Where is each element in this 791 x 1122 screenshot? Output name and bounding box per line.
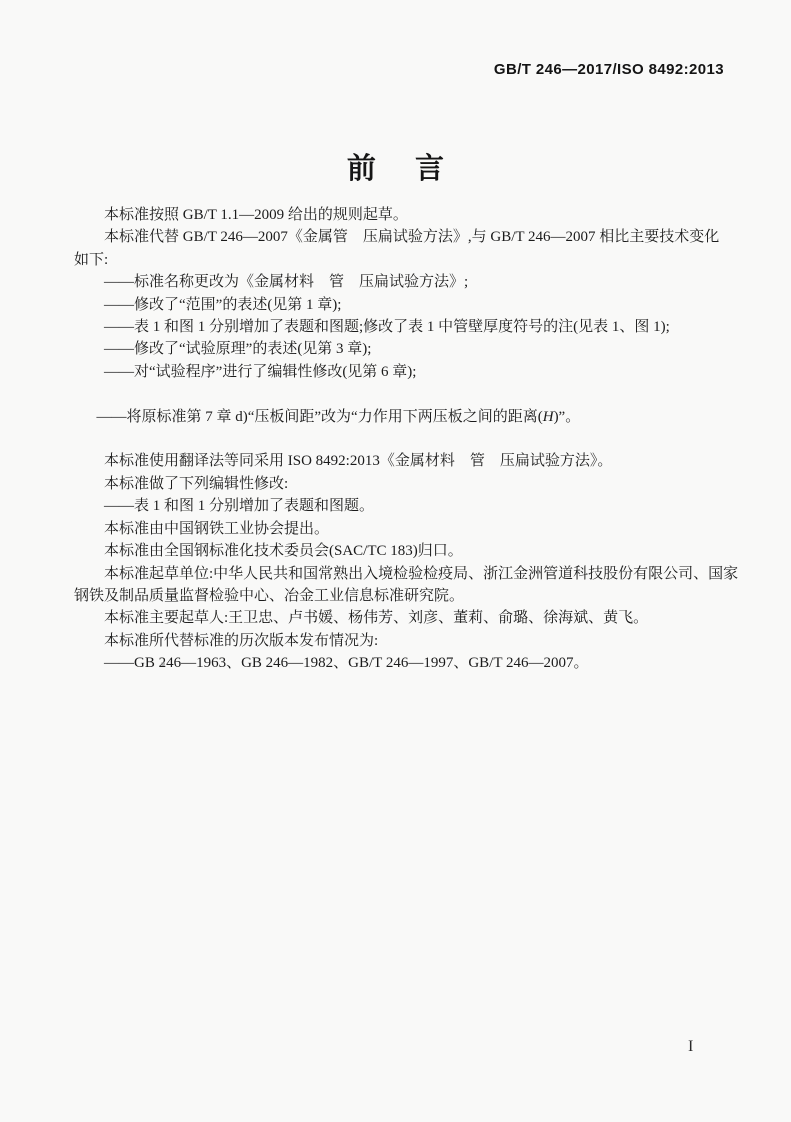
paragraph: 本标准所代替标准的历次版本发布情况为: bbox=[74, 630, 746, 652]
paragraph: ——将原标准第 7 章 d)“压板间距”改为“力作用下两压板之间的距离(H)”。 bbox=[74, 383, 746, 450]
paragraph: ——表 1 和图 1 分别增加了表题和图题。 bbox=[74, 495, 746, 517]
standard-code: GB/T 246—2017/ISO 8492:2013 bbox=[494, 61, 724, 78]
paragraph: 本标准由中国钢铁工业协会提出。 bbox=[74, 518, 746, 540]
paragraph: ——标准名称更改为《金属材料 管 压扁试验方法》; bbox=[74, 271, 746, 293]
paragraph: 本标准由全国钢标准化技术委员会(SAC/TC 183)归口。 bbox=[74, 540, 746, 562]
document-page: GB/T 246—2017/ISO 8492:2013 前言 本标准按照 GB/… bbox=[0, 0, 791, 1122]
scan-speck bbox=[161, 662, 165, 666]
variable-h: H bbox=[543, 409, 554, 425]
paragraph: 本标准使用翻译法等同采用 ISO 8492:2013《金属材料 管 压扁试验方法… bbox=[74, 450, 746, 472]
paragraph: ——修改了“试验原理”的表述(见第 3 章); bbox=[74, 338, 746, 360]
paragraph-text-segment: ——将原标准第 7 章 d)“压板间距”改为“力作用下两压板之间的距离( bbox=[97, 409, 543, 425]
page-number: I bbox=[688, 1038, 693, 1056]
paragraph: 本标准按照 GB/T 1.1—2009 给出的规则起草。 bbox=[74, 204, 746, 226]
paragraph: ——对“试验程序”进行了编辑性修改(见第 6 章); bbox=[74, 361, 746, 383]
page-title: 前言 bbox=[0, 146, 791, 187]
paragraph: 本标准主要起草人:王卫忠、卢书媛、杨伟芳、刘彦、董莉、俞璐、徐海斌、黄飞。 bbox=[74, 607, 746, 629]
paragraph: ——修改了“范围”的表述(见第 1 章); bbox=[74, 294, 746, 316]
foreword-body: 本标准按照 GB/T 1.1—2009 给出的规则起草。 本标准代替 GB/T … bbox=[74, 204, 746, 675]
paragraph: ——表 1 和图 1 分别增加了表题和图题;修改了表 1 中管壁厚度符号的注(见… bbox=[74, 316, 746, 338]
paragraph-text-segment: )”。 bbox=[554, 409, 581, 425]
paragraph: ——GB 246—1963、GB 246—1982、GB/T 246—1997、… bbox=[74, 652, 746, 674]
paragraph: 本标准做了下列编辑性修改: bbox=[74, 473, 746, 495]
paragraph: 本标准代替 GB/T 246—2007《金属管 压扁试验方法》,与 GB/T 2… bbox=[74, 226, 746, 271]
paragraph: 本标准起草单位:中华人民共和国常熟出入境检验检疫局、浙江金洲管道科技股份有限公司… bbox=[74, 563, 746, 608]
